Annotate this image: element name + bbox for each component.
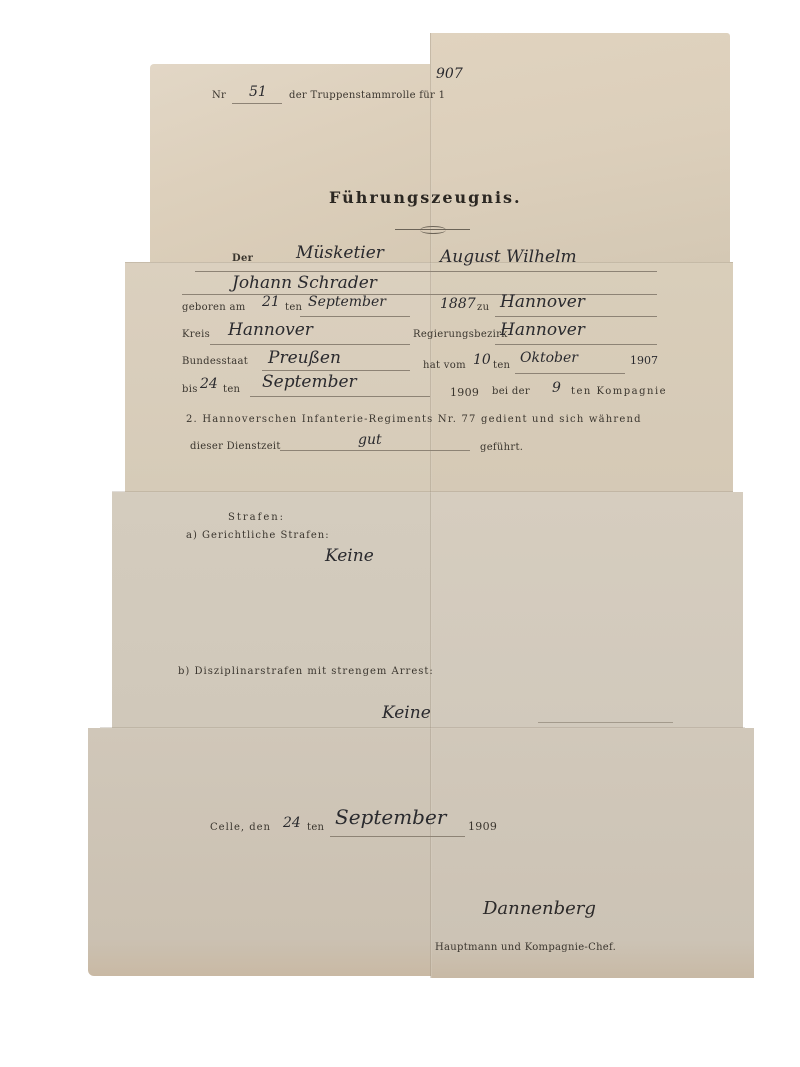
- paper-panel-bottom-right: [431, 728, 754, 978]
- to-ten: ten: [223, 384, 240, 395]
- bundesstaat-rule: [262, 370, 410, 371]
- regiment-text: 2. Hannoverschen Infanterie-Regiments Nr…: [186, 414, 642, 425]
- names-line-1-rule: [195, 271, 657, 272]
- to-year: 1909: [450, 386, 479, 399]
- commander-signature: Dannenberg: [483, 898, 596, 919]
- born-label: geboren am: [182, 302, 246, 313]
- names-line-2: Johann Schrader: [232, 273, 377, 293]
- rank-value: Müsketier: [296, 243, 384, 263]
- paper-panel-lower-left: [112, 492, 431, 728]
- penalty-b-value: Keine: [382, 703, 431, 723]
- date-day: 24: [283, 815, 301, 831]
- from-month: Oktober: [520, 350, 578, 366]
- penalty-b-label: b) Disziplinarstrafen mit strengem Arres…: [178, 666, 434, 677]
- conduct-label: dieser Dienstzeit: [190, 441, 281, 452]
- penalty-a-label: a) Gerichtliche Strafen:: [186, 530, 330, 541]
- bezirk-value: Hannover: [500, 320, 585, 340]
- date-month-rule: [330, 836, 465, 837]
- bundesstaat-label: Bundesstaat: [182, 356, 248, 367]
- date-ten: ten: [307, 822, 324, 833]
- date-year: 1909: [468, 820, 497, 833]
- to-month: September: [262, 372, 357, 392]
- names-line-1: August Wilhelm: [440, 247, 577, 267]
- kreis-rule: [210, 344, 410, 345]
- company-number: 9: [552, 380, 561, 396]
- horizontal-fold-2: [112, 491, 733, 493]
- hat-vom-label: hat vom: [423, 360, 466, 371]
- commander-title: Hauptmann und Kompagnie-Chef.: [435, 942, 616, 953]
- conduct-suffix: geführt.: [480, 442, 523, 453]
- birth-month-rule: [300, 316, 410, 317]
- from-year: 1907: [630, 354, 658, 367]
- bis-label: bis: [182, 384, 198, 395]
- nr-line: [232, 103, 282, 104]
- to-month-rule: [250, 396, 430, 397]
- kreis-label: Kreis: [182, 329, 210, 340]
- kreis-value: Hannover: [228, 320, 313, 340]
- paper-panel-bottom-left: [88, 728, 431, 976]
- company-label: ten Kompagnie: [571, 386, 667, 397]
- horizontal-fold-1: [125, 262, 733, 264]
- nr-value: 51: [249, 84, 267, 100]
- birth-year: 1887: [440, 296, 476, 312]
- title-ornament: [395, 229, 470, 230]
- bezirk-rule: [495, 344, 657, 345]
- nr-label: Nr: [212, 90, 226, 101]
- birth-month: September: [308, 294, 386, 310]
- from-day: 10: [473, 352, 491, 368]
- horizontal-fold-3: [100, 727, 745, 729]
- from-month-rule: [515, 373, 625, 374]
- bundesstaat-value: Preußen: [268, 348, 341, 368]
- article-der: Der: [232, 253, 253, 264]
- from-ten: ten: [493, 360, 510, 371]
- paper-panel-lower-right: [431, 492, 743, 728]
- conduct-value: gut: [358, 432, 382, 448]
- roll-label: der Truppenstammrolle für 1: [289, 90, 445, 101]
- penalty-a-value: Keine: [325, 546, 374, 566]
- birth-ten: ten: [285, 302, 302, 313]
- to-day: 24: [200, 376, 218, 392]
- bezirk-label: Regierungsbezirk: [413, 329, 508, 340]
- date-month: September: [335, 805, 446, 829]
- penalties-heading: Strafen:: [228, 512, 285, 523]
- paper-panel-top-right: [430, 33, 730, 264]
- birth-zu: zu: [477, 302, 489, 313]
- birth-place: Hannover: [500, 292, 585, 312]
- document-title: Führungszeugnis.: [329, 188, 522, 207]
- place-date-label: Celle, den: [210, 822, 271, 833]
- names-line-2-rule: [182, 294, 657, 295]
- bei-der-label: bei der: [492, 386, 530, 397]
- birth-place-rule: [495, 316, 657, 317]
- conduct-rule: [280, 450, 470, 451]
- roll-year: 907: [436, 66, 463, 82]
- penalty-b-rule: [538, 722, 673, 723]
- birth-day: 21: [262, 294, 280, 310]
